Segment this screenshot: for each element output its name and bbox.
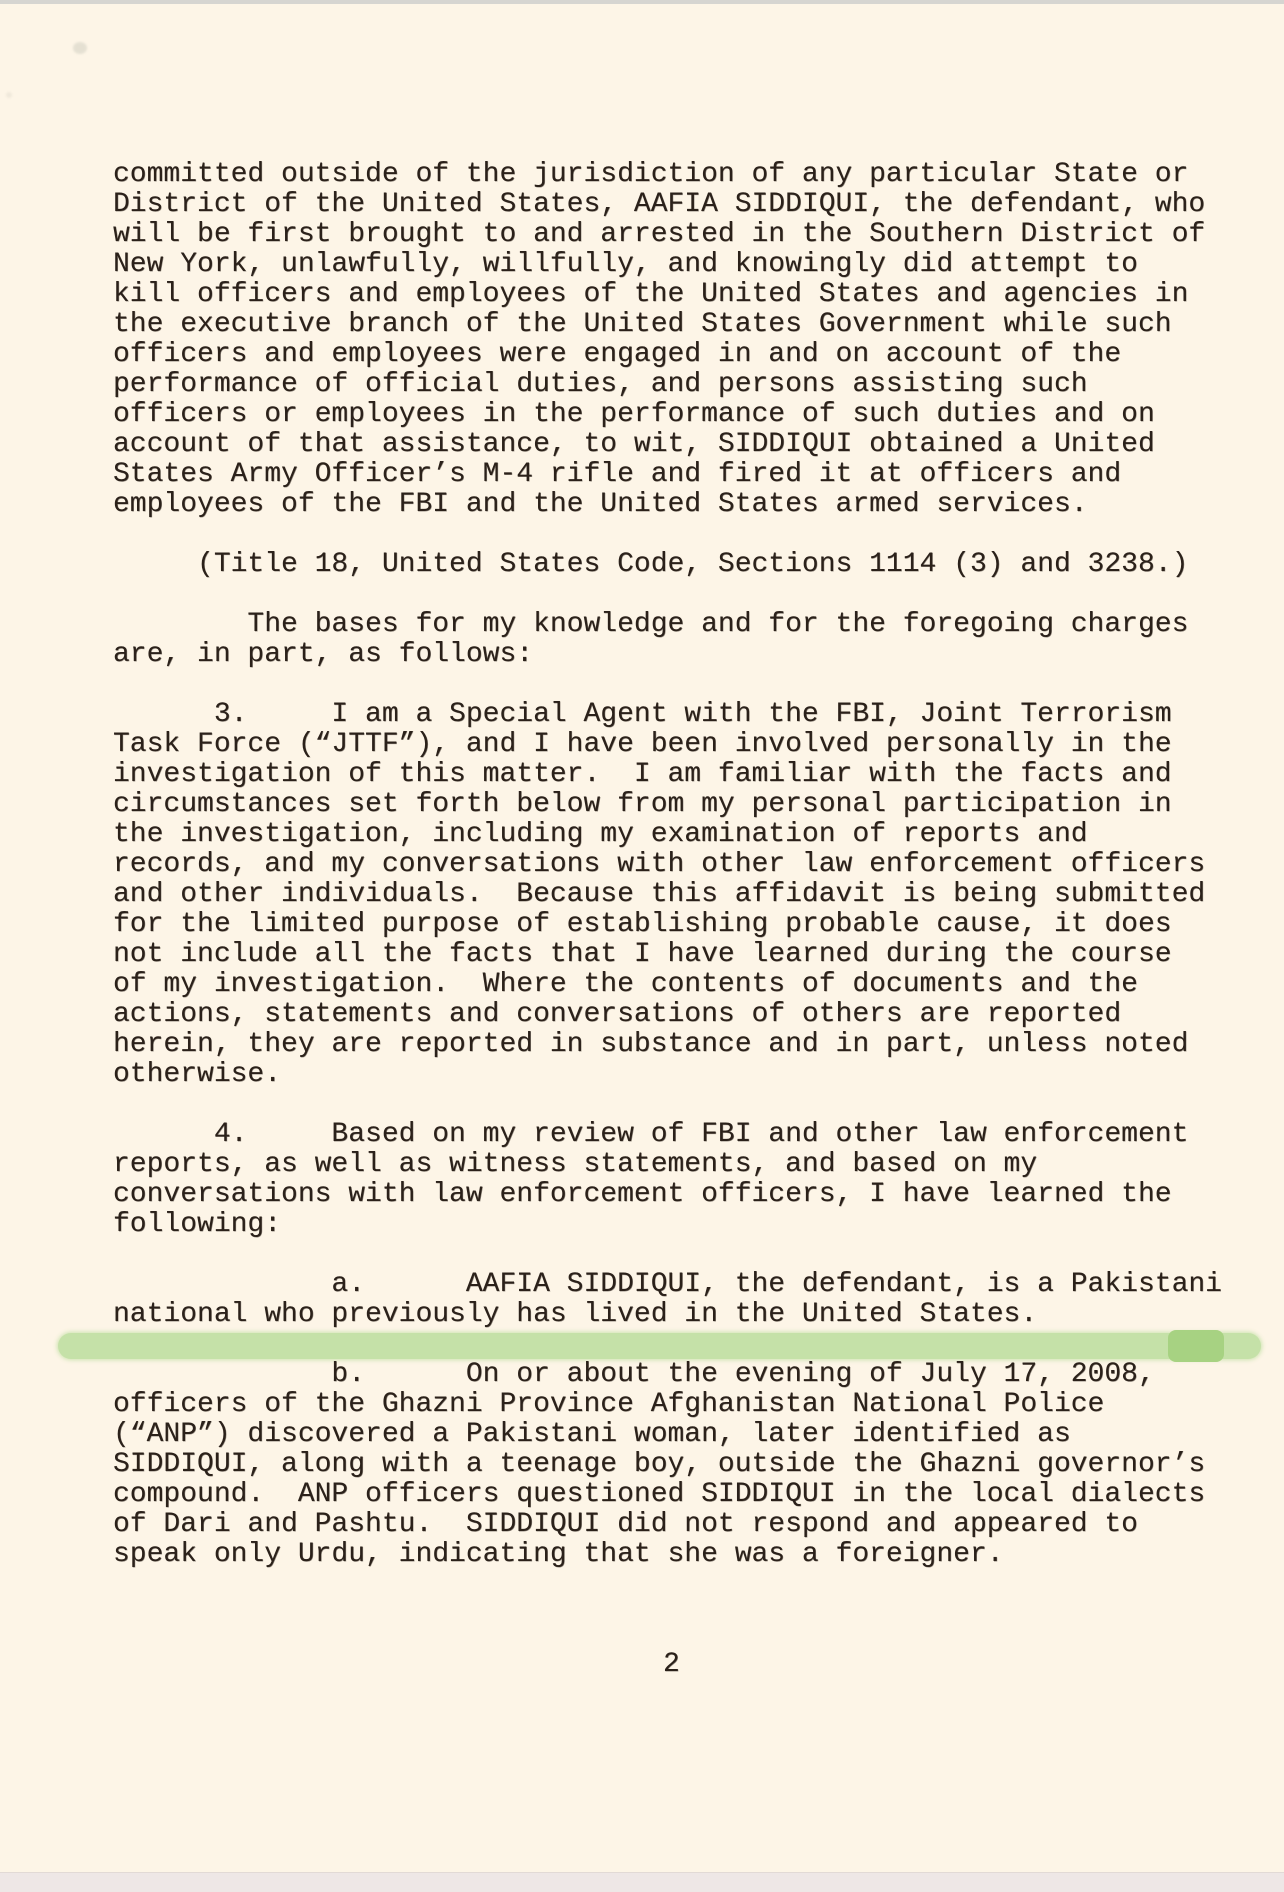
text-line: District of the United States, AAFIA SID… [113, 190, 1222, 220]
text-line: will be first brought to and arrested in… [113, 220, 1222, 250]
statute-citation: (Title 18, United States Code, Sections … [113, 550, 1222, 580]
text-line: b. On or about the evening of July 17, 2… [113, 1360, 1222, 1390]
text-line: the investigation, including my examinat… [113, 820, 1222, 850]
text-line: speak only Urdu, indicating that she was… [113, 1540, 1222, 1570]
text-line: States Army Officer’s M-4 rifle and fire… [113, 460, 1222, 490]
document-body: committed outside of the jurisdiction of… [113, 160, 1222, 1570]
text-line: (“ANP”) discovered a Pakistani woman, la… [113, 1420, 1222, 1450]
text-line: otherwise. [113, 1060, 1222, 1090]
text-line: officers or employees in the performance… [113, 400, 1222, 430]
text-line: 4. Based on my review of FBI and other l… [113, 1120, 1222, 1150]
charge-continuation-paragraph: committed outside of the jurisdiction of… [113, 160, 1222, 520]
scan-edge-bottom [0, 1872, 1284, 1892]
scan-edge-top [0, 0, 1284, 4]
subparagraph-b: b. On or about the evening of July 17, 2… [113, 1360, 1222, 1570]
text-line: herein, they are reported in substance a… [113, 1030, 1222, 1060]
text-line: of my investigation. Where the contents … [113, 970, 1222, 1000]
text-line: of Dari and Pashtu. SIDDIQUI did not res… [113, 1510, 1222, 1540]
paragraph-3: 3. I am a Special Agent with the FBI, Jo… [113, 700, 1222, 1090]
text-line: are, in part, as follows: [113, 640, 1222, 670]
text-line: conversations with law enforcement offic… [113, 1180, 1222, 1210]
text-line: account of that assistance, to wit, SIDD… [113, 430, 1222, 460]
text-line: reports, as well as witness statements, … [113, 1150, 1222, 1180]
text-line: records, and my conversations with other… [113, 850, 1222, 880]
text-line: (Title 18, United States Code, Sections … [113, 550, 1222, 580]
subparagraph-a: a. AAFIA SIDDIQUI, the defendant, is a P… [113, 1270, 1222, 1330]
text-line: a. AAFIA SIDDIQUI, the defendant, is a P… [113, 1270, 1222, 1300]
scanned-affidavit-page: { "page": { "number": "2", "paper_color"… [0, 0, 1284, 1892]
text-line: performance of official duties, and pers… [113, 370, 1222, 400]
paragraph-4: 4. Based on my review of FBI and other l… [113, 1120, 1222, 1240]
bases-intro-paragraph: The bases for my knowledge and for the f… [113, 610, 1222, 670]
text-line: investigation of this matter. I am famil… [113, 760, 1222, 790]
text-line: Task Force (“JTTF”), and I have been inv… [113, 730, 1222, 760]
text-line: and other individuals. Because this affi… [113, 880, 1222, 910]
text-line: kill officers and employees of the Unite… [113, 280, 1222, 310]
scan-artifact [73, 42, 87, 54]
text-line: for the limited purpose of establishing … [113, 910, 1222, 940]
text-line: officers of the Ghazni Province Afghanis… [113, 1390, 1222, 1420]
text-line: national who previously has lived in the… [113, 1300, 1222, 1330]
text-line: the executive branch of the United State… [113, 310, 1222, 340]
text-line: circumstances set forth below from my pe… [113, 790, 1222, 820]
text-line: actions, statements and conversations of… [113, 1000, 1222, 1030]
text-line: employees of the FBI and the United Stat… [113, 490, 1222, 520]
text-line: New York, unlawfully, willfully, and kno… [113, 250, 1222, 280]
text-line: compound. ANP officers questioned SIDDIQ… [113, 1480, 1222, 1510]
page-number: 2 [663, 1650, 680, 1680]
text-line: The bases for my knowledge and for the f… [113, 610, 1222, 640]
text-line: following: [113, 1210, 1222, 1240]
text-line: SIDDIQUI, along with a teenage boy, outs… [113, 1450, 1222, 1480]
scan-artifact [6, 92, 12, 98]
text-line: officers and employees were engaged in a… [113, 340, 1222, 370]
text-line: 3. I am a Special Agent with the FBI, Jo… [113, 700, 1222, 730]
text-line: not include all the facts that I have le… [113, 940, 1222, 970]
text-line: committed outside of the jurisdiction of… [113, 160, 1222, 190]
